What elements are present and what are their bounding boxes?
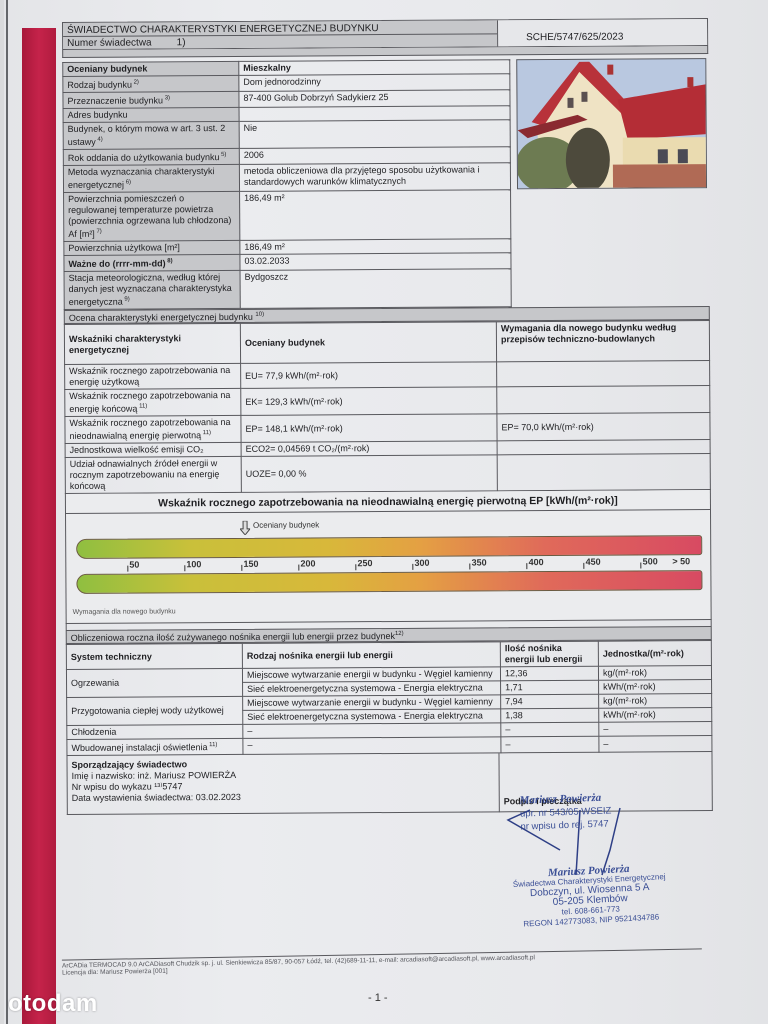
watermark-logo: otodam [8,990,98,1018]
assessment-row: Wskaźnik rocznego zapotrzebowania na nie… [65,413,710,444]
certificate-number-label: Numer świadectwa 1) [63,34,497,50]
usage-header-amount: Ilość nośnika energii lub energii [500,641,598,667]
assessment-table: Wskaźniki charakterystyki energetycznej … [64,320,711,494]
energy-carrier: Miejscowe wytwarzanie energii w budynku … [243,695,501,711]
scale-tick: 450 [586,557,601,567]
energy-amount: 1,71 [501,680,599,695]
energy-amount: – [501,722,599,737]
energy-usage-table: System techniczny Rodzaj nośnika energii… [66,640,713,756]
info-label: Oceniany budynek [63,61,239,76]
scale-tick: 500 [643,556,658,566]
energy-unit: – [599,722,712,737]
energy-unit: – [599,736,712,753]
paper-edge [6,0,8,1024]
info-label: Ważne do (rrrr-mm-dd) 8) [64,254,240,271]
energy-unit: kg/(m²·rok) [599,694,712,709]
info-value: 87-400 Golub Dobrzyń Sadykierz 25 [239,90,510,108]
info-value: 03.02.2033 [240,253,511,271]
info-row: Metoda wyznaczania charakterystyki energ… [63,163,510,193]
usage-header-system: System techniczny [66,643,242,669]
assessment-header-requirement: Wymagania dla nowego budynku według prze… [496,321,709,362]
info-value: Nie [239,120,510,149]
ep-scale-band-building [76,535,702,559]
indicator-label: Wskaźnik rocznego zapotrzebowania na nie… [65,415,241,443]
energy-amount: 1,38 [501,708,599,723]
page-number: - 1 - [368,992,388,1004]
address-stamp: Mariusz Powierża Świadectwa Charakteryst… [499,861,682,930]
scale-overflow-label: > 50 [672,556,690,566]
energy-carrier: Sieć elektroenergetyczna systemowa - Ene… [243,709,501,725]
usage-header-unit: Jednostka/(m²·rok) [598,641,711,667]
info-label: Adres budynku [63,107,239,122]
scale-tick: 350 [472,557,487,567]
usage-header-carrier: Rodzaj nośnika energii lub energii [242,642,500,669]
scale-tick: 50 [129,560,139,570]
building-marker-arrow-icon [240,521,250,535]
info-label: Powierzchnia użytkowa [m²] [64,240,240,255]
assessment-row: Udział odnawialnych źródeł energii w roc… [65,454,710,494]
info-value: 2006 [239,147,510,165]
info-label: Rok oddania do użytkowania budynku 5) [63,148,239,165]
assessment-header-indicator: Wskaźniki charakterystyki energetycznej [64,323,240,364]
info-value: metoda obliczeniowa dla przyjętego sposo… [239,163,510,192]
scale-tick: 250 [357,558,372,568]
indicator-label: Wskaźnik rocznego zapotrzebowania na ene… [65,363,241,389]
scale-tick: 400 [529,557,544,567]
building-value: EK= 129,3 kWh/(m²·rok) [241,387,497,416]
requirement-value [497,440,710,455]
scale-tick: 150 [243,559,258,569]
assessment-row: Wskaźnik rocznego zapotrzebowania na ene… [65,386,710,417]
info-label: Przeznaczenie budynku 3) [63,91,239,108]
scale-tick: 200 [300,558,315,568]
energy-amount: – [501,736,599,753]
red-binding-stripe [22,28,56,1024]
certificate-number: SCHE/5747/625/2023 [497,19,707,46]
indicator-label: Wskaźnik rocznego zapotrzebowania na ene… [65,388,241,416]
technical-system: Chłodzenia [67,724,243,739]
requirement-value [497,386,710,414]
energy-amount: 7,94 [501,694,599,709]
title-row: ŚWIADECTWO CHARAKTERYSTYKI ENERGETYCZNEJ… [62,18,708,50]
building-value: UOZE= 0,00 % [241,455,497,493]
assessment-header-building: Oceniany budynek [240,322,496,364]
info-label: Budynek, o którym mowa w art. 3 ust. 2 u… [63,121,239,149]
building-info-table: Oceniany budynekMieszkalnyRodzaj budynku… [62,59,512,310]
building-value: ECO2= 0,04569 t CO₂/(m²·rok) [241,441,497,457]
issue-date: Data wystawienia świadectwa: 03.02.2023 [72,790,495,804]
technical-system: Ogrzewania [66,668,242,697]
info-value: Bydgoszcz [240,269,511,309]
scale-tick: 100 [186,559,201,569]
technical-system: Wbudowanej instalacji oświetlenia 11) [67,738,243,755]
energy-unit: kg/(m²·rok) [598,666,711,681]
ep-scale-title: Wskaźnik rocznego zapotrzebowania na nie… [66,490,710,514]
info-row: Stacja meteorologiczna, według której da… [64,269,511,310]
house-photo [516,58,707,189]
info-value: 186,49 m² [240,190,511,241]
energy-unit: kWh/(m²·rok) [599,708,712,723]
indicator-label: Udział odnawialnych źródeł energii w roc… [65,456,241,493]
info-value: Dom jednorodzinny [239,74,510,92]
info-label: Powierzchnia pomieszczeń o regulowanej t… [64,191,240,241]
requirement-value [497,361,710,387]
info-label: Metoda wyznaczania charakterystyki energ… [63,164,239,192]
ep-scale-band-requirement [76,570,702,594]
ep-scale-chart: Wskaźnik rocznego zapotrzebowania na nie… [65,490,712,624]
scale-tick: 300 [414,558,429,568]
building-value: EP= 148,1 kWh/(m²·rok) [241,414,497,443]
technical-system: Przygotowania ciepłej wody użytkowej [67,696,243,725]
energy-unit: kWh/(m²·rok) [599,680,712,695]
info-label: Rodzaj budynku 2) [63,75,239,92]
certificate-page: ŚWIADECTWO CHARAKTERYSTYKI ENERGETYCZNEJ… [62,18,713,814]
building-marker-label: Oceniany budynek [253,520,319,529]
requirement-label: Wymagania dla nowego budynku [73,608,176,616]
energy-amount: 12,36 [500,666,598,681]
energy-carrier: – [243,737,501,755]
requirement-value: EP= 70,0 kWh/(m²·rok) [497,413,710,441]
building-value: EU= 77,9 kWh/(m²·rok) [241,362,497,389]
info-row: Budynek, o którym mowa w art. 3 ust. 2 u… [63,120,510,150]
info-row: Powierzchnia pomieszczeń o regulowanej t… [64,190,511,242]
indicator-label: Jednostkowa wielkość emisji CO₂ [65,442,241,457]
energy-carrier: – [243,723,501,739]
info-label: Stacja meteorologiczna, według której da… [64,270,240,309]
energy-carrier: Sieć elektroenergetyczna systemowa - Ene… [243,681,501,697]
energy-carrier: Miejscowe wytwarzanie energii w budynku … [242,667,500,683]
requirement-value [497,454,710,491]
